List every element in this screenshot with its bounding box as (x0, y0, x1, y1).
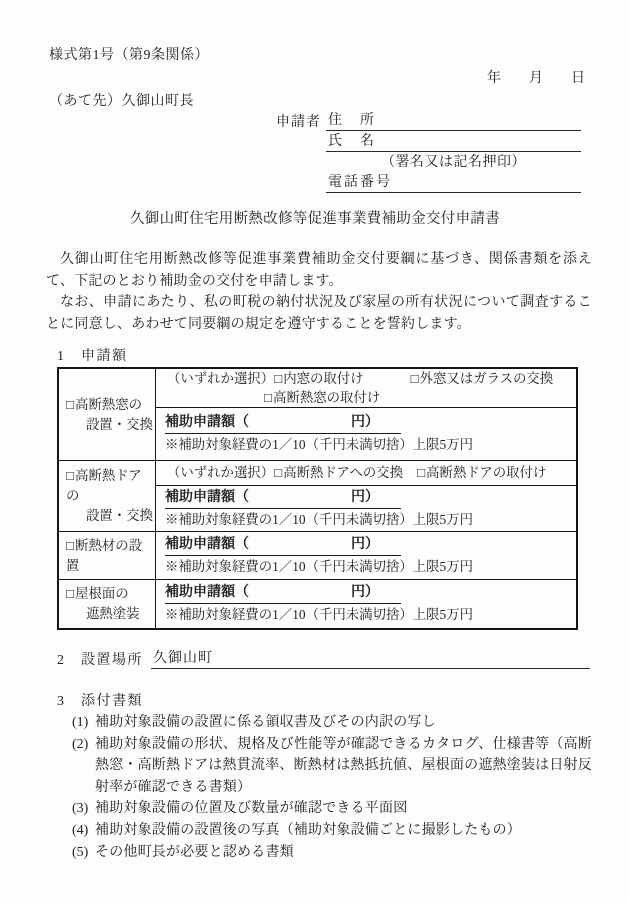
amount-underline: 補助申請額（円） (165, 413, 401, 434)
amount-note: ※補助対象経費の1／10（千円未満切捨）上限5万円 (165, 510, 576, 530)
list-item: (3) 補助対象設備の位置及び数量が確認できる平面図 (72, 798, 592, 820)
checkbox-icon: □ (274, 465, 282, 480)
list-item: (2) 補助対象設備の形状、規格及び性能等が確認できるカタログ、仕様書等（高断熱… (72, 734, 592, 799)
amount-line: 補助申請額（円） (165, 488, 576, 509)
amount-unit: 円） (351, 537, 379, 552)
section2-heading: 2 設置場所 (57, 649, 143, 669)
amount-line: 補助申請額（円） (165, 583, 576, 604)
amount-unit: 円） (351, 585, 379, 600)
category-line: □高断熱ドアの (66, 466, 153, 506)
option: □高断熱窓の取付け (264, 390, 380, 405)
form-number: 様式第1号（第9条関係） (49, 44, 209, 64)
amount-label: 補助申請額（ (165, 537, 249, 552)
applicant-block: 申請者 住 所 氏 名 （署名又は記名押印） 電話番号 (276, 110, 581, 193)
paragraph: なお、申請にあたり、私の町税の納付状況及び家屋の所有状況について調査することに同… (46, 292, 592, 335)
option-label: 高断熱ドアの取付け (426, 465, 546, 480)
list-item: (1) 補助対象設備の設置に係る領収書及びその内訳の写し (72, 712, 592, 734)
select-note: （いずれか選択） (167, 465, 274, 480)
item-number: (1) (72, 712, 95, 734)
checkbox-icon: □ (411, 371, 419, 386)
checkbox-icon: □ (417, 465, 425, 480)
amount-cell: 補助申請額（円） ※補助対象経費の1／10（千円未満切捨）上限5万円 (156, 486, 576, 531)
amount-note: ※補助対象経費の1／10（千円未満切捨）上限5万円 (165, 557, 576, 577)
item-number: (2) (72, 734, 95, 799)
item-number: (5) (72, 842, 95, 864)
item-number: (4) (72, 820, 95, 842)
options-line: （いずれか選択）□高断熱ドアへの交換□高断熱ドアの取付け (167, 462, 576, 484)
amount-cell: 補助申請額（円） ※補助対象経費の1／10（千円未満切捨）上限5万円 (156, 580, 576, 628)
detail-cell: （いずれか選択）□内窓の取付け□外窓又はガラスの交換 □高断熱窓の取付け 補助申… (156, 369, 576, 460)
application-amount-table: □高断熱窓の 設置・交換 （いずれか選択）□内窓の取付け□外窓又はガラスの交換 … (57, 367, 578, 630)
item-text: 補助対象設備の形状、規格及び性能等が確認できるカタログ、仕様書等（高断熱窓・高断… (95, 734, 592, 799)
phone-field: 電話番号 (326, 171, 581, 193)
options-cell: （いずれか選択）□高断熱ドアへの交換□高断熱ドアの取付け (156, 461, 576, 486)
category-line: □高断熱窓の (66, 395, 153, 415)
options-line: □高断熱窓の取付け (167, 388, 576, 407)
category-label: 設置・交換 (66, 506, 153, 526)
table-row-door: □高断熱ドアの 設置・交換 （いずれか選択）□高断熱ドアへの交換□高断熱ドアの取… (59, 460, 576, 531)
amount-line: 補助申請額（円） (165, 413, 576, 434)
item-text: 補助対象設備の設置後の写真（補助対象設備ごとに撮影したもの） (95, 820, 592, 842)
applicant-phone-row: 電話番号 (276, 172, 581, 193)
section3-heading: 3 添付書類 (57, 690, 592, 710)
category-label: 断熱材の設置 (66, 538, 142, 573)
category-line: □屋根面の (66, 584, 153, 604)
checkbox-icon: □ (264, 390, 272, 405)
category-cell: □屋根面の 遮熱塗装 (59, 580, 156, 628)
detail-cell: （いずれか選択）□高断熱ドアへの交換□高断熱ドアの取付け 補助申請額（円） ※補… (156, 461, 576, 531)
amount-label: 補助申請額（ (165, 585, 249, 600)
signature-note: （署名又は記名押印） (326, 151, 581, 172)
checkbox-icon: □ (66, 586, 74, 601)
option: □高断熱ドアの取付け (417, 465, 546, 480)
amount-cell: 補助申請額（円） ※補助対象経費の1／10（千円未満切捨）上限5万円 (156, 532, 576, 579)
amount-label: 補助申請額（ (165, 490, 249, 505)
attachment-list: (1) 補助対象設備の設置に係る領収書及びその内訳の写し (2) 補助対象設備の… (72, 712, 592, 863)
applicant-name-row: 氏 名 (276, 131, 581, 152)
checkbox-icon: □ (66, 397, 74, 412)
options-cell: （いずれか選択）□内窓の取付け□外窓又はガラスの交換 □高断熱窓の取付け (156, 369, 576, 408)
option: □高断熱ドアへの交換 (274, 465, 403, 480)
item-text: その他町長が必要と認める書類 (95, 842, 592, 864)
table-row-insulation: □断熱材の設置 補助申請額（円） ※補助対象経費の1／10（千円未満切捨）上限5… (59, 531, 576, 579)
amount-label: 補助申請額（ (165, 415, 249, 430)
category-label: 屋根面の (75, 586, 129, 601)
addressee: （あて先）久御山町長 (49, 90, 194, 110)
option: □内窓の取付け (274, 371, 363, 386)
location-field: 久御山町 (151, 647, 590, 669)
body-text: 久御山町住宅用断熱改修等促進事業費補助金交付要綱に基づき、関係書類を添えて、下記… (46, 249, 592, 336)
option-label: 外窓又はガラスの交換 (420, 371, 554, 386)
table-row-roof: □屋根面の 遮熱塗装 補助申請額（円） ※補助対象経費の1／10（千円未満切捨）… (59, 579, 576, 628)
category-cell: □断熱材の設置 (59, 532, 156, 579)
item-text: 補助対象設備の位置及び数量が確認できる平面図 (95, 798, 592, 820)
document-page: 様式第1号（第9条関係） 年 月 日 （あて先）久御山町長 申請者 住 所 氏 … (0, 0, 630, 903)
category-label: 高断熱窓の (75, 397, 142, 412)
checkbox-icon: □ (66, 538, 74, 553)
amount-note: ※補助対象経費の1／10（千円未満切捨）上限5万円 (165, 435, 576, 455)
amount-underline: 補助申請額（円） (165, 488, 401, 509)
amount-line: 補助申請額（円） (165, 535, 576, 556)
section3-attachments: 3 添付書類 (1) 補助対象設備の設置に係る領収書及びその内訳の写し (2) … (57, 690, 592, 863)
date-line: 年 月 日 (487, 67, 585, 87)
category-label: 高断熱ドアの (66, 468, 142, 503)
option-label: 高断熱ドアへの交換 (283, 465, 403, 480)
detail-cell: 補助申請額（円） ※補助対象経費の1／10（千円未満切捨）上限5万円 (156, 580, 576, 628)
amount-unit: 円） (351, 490, 379, 505)
category-label: 遮熱塗装 (66, 604, 153, 624)
item-text: 補助対象設備の設置に係る領収書及びその内訳の写し (95, 712, 592, 734)
table-row-window: □高断熱窓の 設置・交換 （いずれか選択）□内窓の取付け□外窓又はガラスの交換 … (59, 369, 576, 460)
section1-heading: 1 申請額 (57, 345, 128, 365)
checkbox-icon: □ (66, 468, 74, 483)
document-title: 久御山町住宅用断熱改修等促進事業費補助金交付申請書 (0, 207, 630, 228)
applicant-label: 申請者 (276, 111, 326, 131)
amount-note: ※補助対象経費の1／10（千円未満切捨）上限5万円 (165, 605, 576, 625)
option-label: 内窓の取付け (283, 371, 363, 386)
paragraph: 久御山町住宅用断熱改修等促進事業費補助金交付要綱に基づき、関係書類を添えて、下記… (46, 249, 592, 292)
detail-cell: 補助申請額（円） ※補助対象経費の1／10（千円未満切捨）上限5万円 (156, 532, 576, 579)
list-item: (5) その他町長が必要と認める書類 (72, 842, 592, 864)
category-cell: □高断熱ドアの 設置・交換 (59, 461, 156, 531)
applicant-address-row: 申請者 住 所 (276, 110, 581, 131)
section2-location: 2 設置場所 久御山町 (57, 648, 590, 669)
select-note: （いずれか選択） (167, 371, 274, 386)
checkbox-icon: □ (274, 371, 282, 386)
amount-cell: 補助申請額（円） ※補助対象経費の1／10（千円未満切捨）上限5万円 (156, 408, 576, 460)
category-line: □断熱材の設置 (66, 536, 153, 576)
list-item: (4) 補助対象設備の設置後の写真（補助対象設備ごとに撮影したもの） (72, 820, 592, 842)
amount-underline: 補助申請額（円） (165, 535, 401, 556)
name-field: 氏 名 (326, 130, 581, 152)
category-label: 設置・交換 (66, 415, 153, 435)
signature-note-row: （署名又は記名押印） (276, 152, 581, 172)
item-number: (3) (72, 798, 95, 820)
category-cell: □高断熱窓の 設置・交換 (59, 369, 156, 460)
amount-underline: 補助申請額（円） (165, 583, 401, 604)
address-field: 住 所 (326, 109, 581, 131)
options-line: （いずれか選択）□内窓の取付け□外窓又はガラスの交換 (167, 369, 576, 388)
amount-unit: 円） (351, 415, 379, 430)
option: □外窓又はガラスの交換 (411, 371, 554, 386)
option-label: 高断熱窓の取付け (273, 390, 380, 405)
